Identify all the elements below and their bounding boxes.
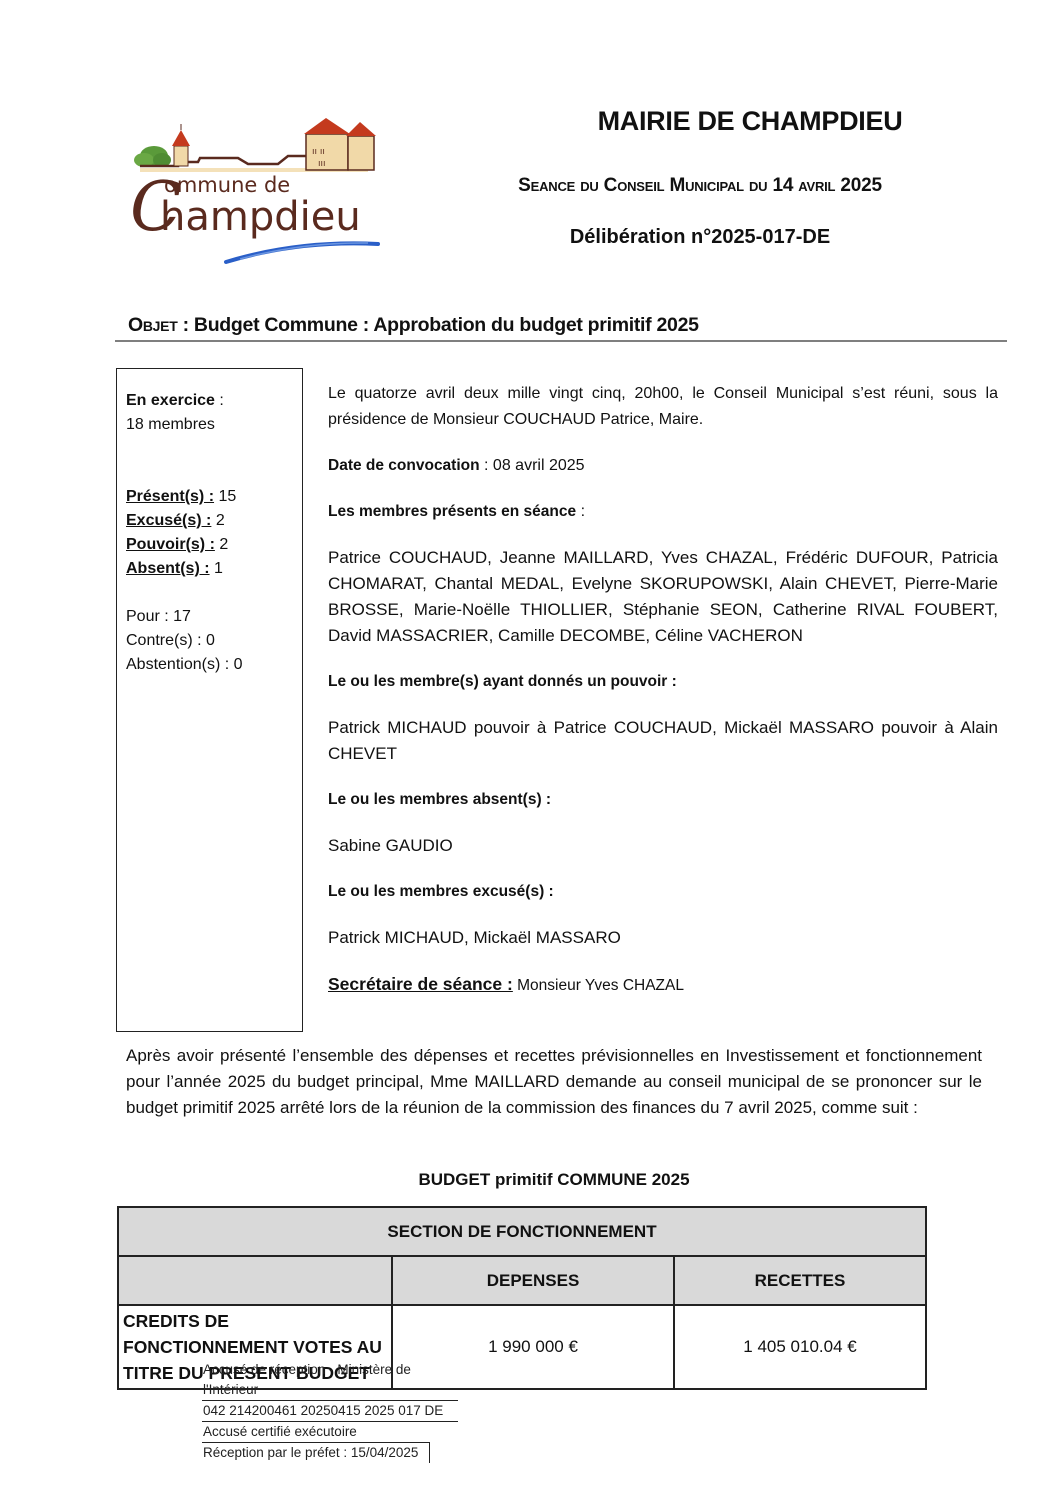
convocation-line: Date de convocation : 08 avril 2025 [328, 453, 998, 479]
count-pouvoir: Pouvoir(s) : 2 [126, 533, 243, 557]
pouvoir-list: Patrick MICHAUD pouvoir à Patrice COUCHA… [328, 715, 998, 767]
section-header: SECTION DE FONCTIONNEMENT [118, 1207, 926, 1256]
commune-logo: ıı ıı ııı C ommune de hampdieu [128, 112, 383, 267]
svg-text:hampdieu: hampdieu [160, 194, 361, 240]
pouvoir-label: Le ou les membre(s) ayant donnés un pouv… [328, 669, 998, 695]
vote-abstention: Abstention(s) : 0 [126, 653, 243, 677]
exercice-line: En exercice : [126, 389, 243, 413]
svg-text:ııı: ııı [318, 159, 326, 169]
attendance-box: En exercice : 18 membres Présent(s) : 15… [116, 368, 303, 1032]
vote-contre: Contre(s) : 0 [126, 629, 243, 653]
col-recettes: RECETTES [674, 1256, 926, 1305]
stamp-line-3: Accusé certifié exécutoire [202, 1422, 458, 1442]
count-excuse: Excusé(s) : 2 [126, 509, 243, 533]
secretaire-line: Secrétaire de séance : Monsieur Yves CHA… [328, 971, 998, 999]
seance-details: Le quatorze avril deux mille vingt cinq,… [328, 381, 998, 999]
stamp-line-1: Accusé de réception - Ministère de l'Int… [202, 1360, 458, 1401]
count-absent: Absent(s) : 1 [126, 557, 243, 581]
budget-paragraph: Après avoir présenté l’ensemble des dépe… [126, 1043, 982, 1121]
intro-text: Le quatorze avril deux mille vingt cinq,… [328, 381, 998, 433]
prefecture-stamp: Accusé de réception - Ministère de l'Int… [202, 1360, 458, 1463]
vote-pour: Pour : 17 [126, 605, 243, 629]
stamp-line-4: Réception par le préfet : 15/04/2025 [202, 1442, 430, 1463]
stamp-line-2: 042 214200461 20250415 2025 017 DE [202, 1401, 458, 1422]
presents-label: Les membres présents en séance : [328, 499, 998, 525]
svg-text:ıı ıı: ıı ıı [312, 147, 325, 157]
recettes-value: 1 405 010.04 € [674, 1305, 926, 1389]
excuses-list: Patrick MICHAUD, Mickaël MASSARO [328, 925, 998, 951]
exercice-value: 18 membres [126, 413, 243, 437]
col-depenses: DEPENSES [392, 1256, 674, 1305]
mairie-title: MAIRIE DE CHAMPDIEU [470, 106, 1030, 137]
absents-label: Le ou les membres absent(s) : [328, 787, 998, 813]
budget-title: BUDGET primitif COMMUNE 2025 [126, 1170, 982, 1190]
objet-line: Objet : Budget Commune : Approbation du … [128, 314, 699, 337]
absents-list: Sabine GAUDIO [328, 833, 998, 859]
deliberation-number: Délibération n°2025-017-DE [420, 226, 980, 249]
presents-list: Patrice COUCHAUD, Jeanne MAILLARD, Yves … [328, 545, 998, 649]
objet-divider [115, 340, 1007, 342]
village-illustration-icon: ıı ıı ııı C ommune de hampdieu [128, 112, 383, 267]
seance-title: Seance du Conseil Municipal du 14 avril … [420, 175, 980, 197]
objet-label: Objet [128, 314, 177, 336]
count-present: Présent(s) : 15 [126, 485, 243, 509]
objet-text: Budget Commune : Approbation du budget p… [194, 314, 699, 336]
empty-header-cell [118, 1256, 392, 1305]
excuses-label: Le ou les membres excusé(s) : [328, 879, 998, 905]
